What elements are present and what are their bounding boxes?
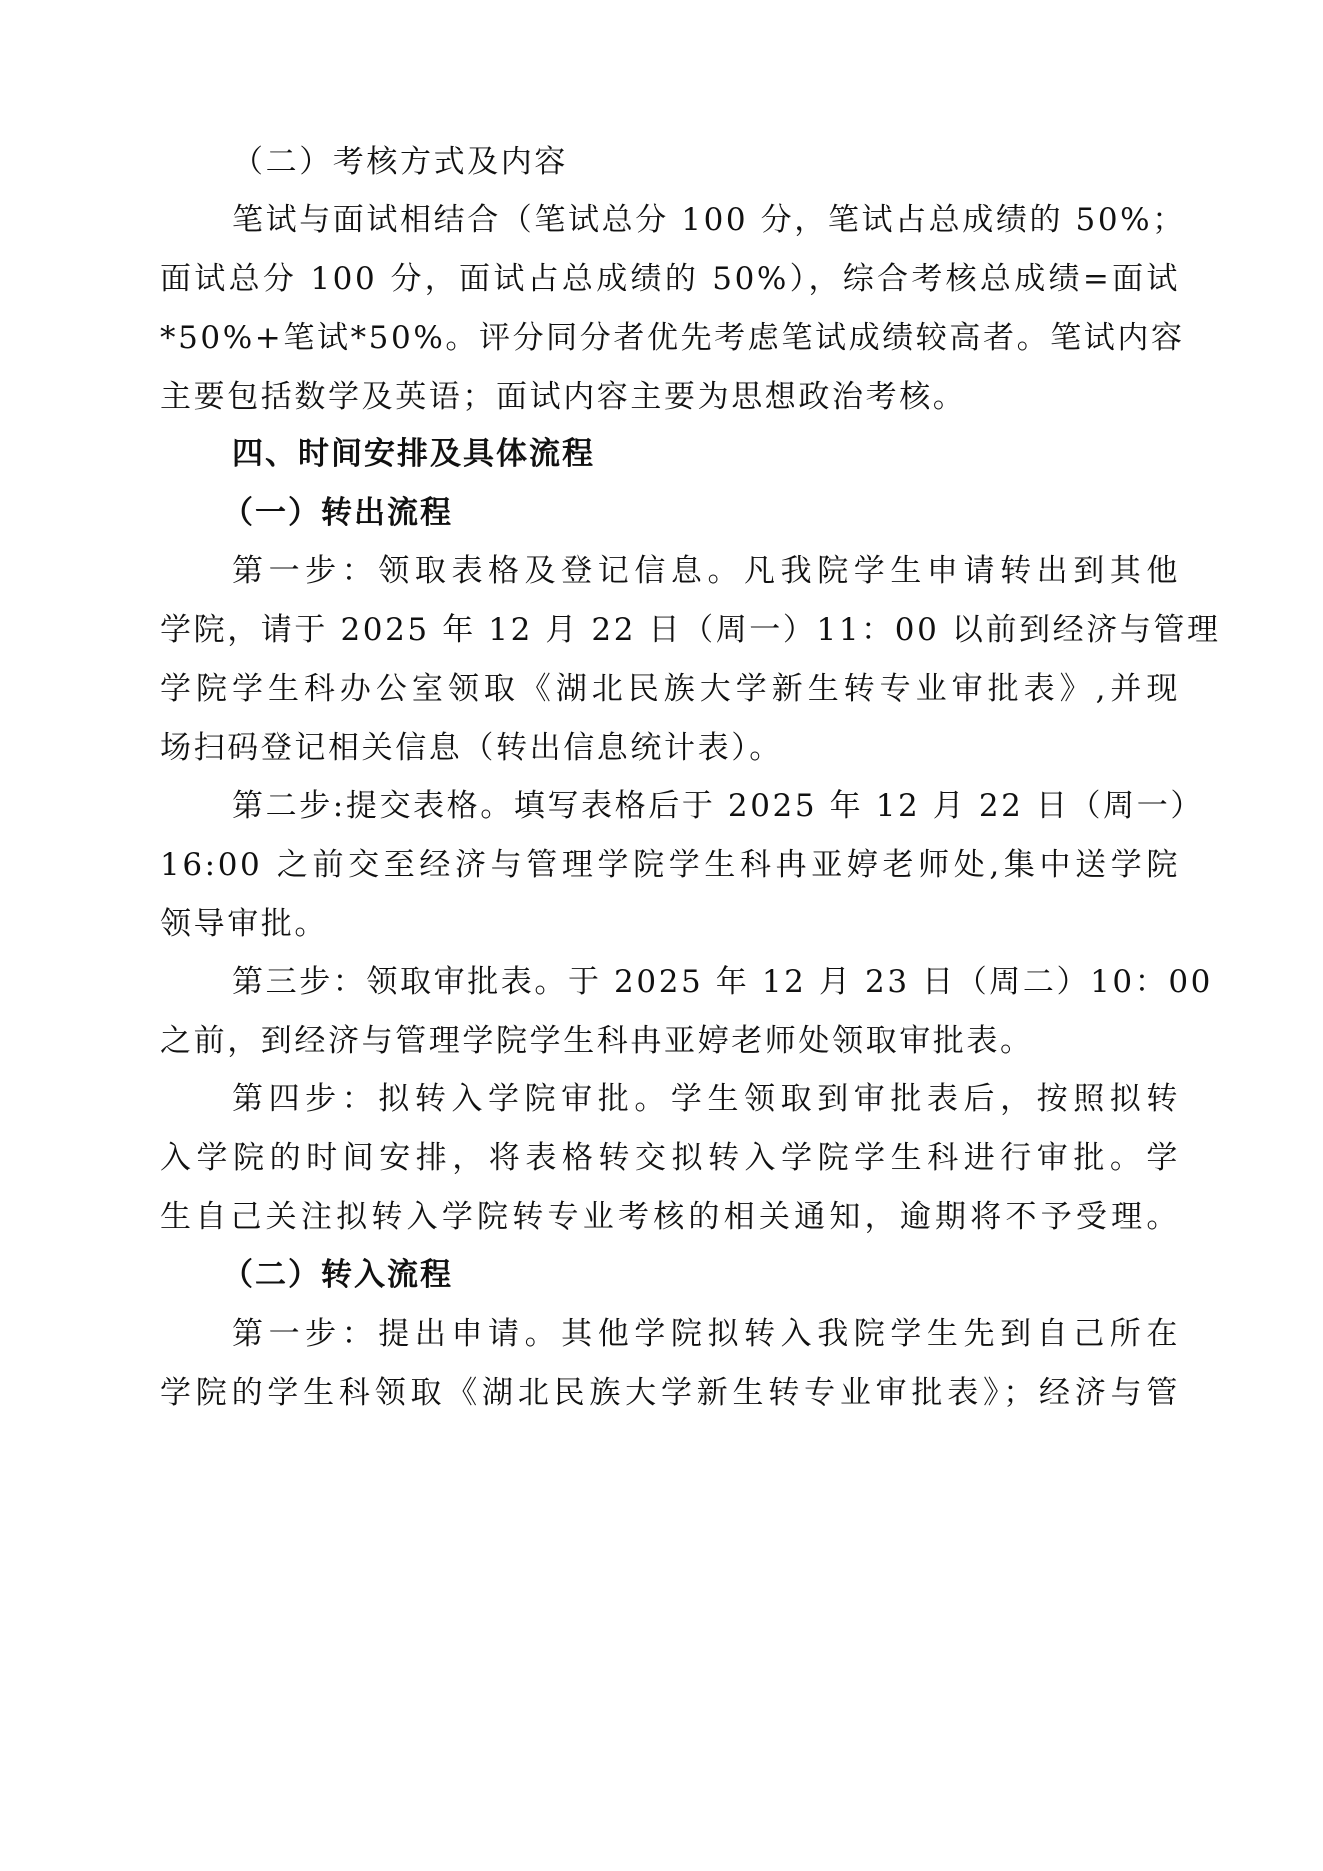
paragraph-line: 主要包括数学及英语；面试内容主要为思想政治考核。 (160, 377, 1180, 417)
step-line: 学院学生科办公室领取《湖北民族大学新生转专业审批表》,并现 (160, 669, 1180, 709)
step-line: 场扫码登记相关信息（转出信息统计表）。 (160, 728, 1180, 768)
step-line: 学院，请于 2025 年 12 月 22 日（周一）11：00 以前到经济与管理 (160, 610, 1180, 650)
step-line: 领导审批。 (160, 904, 1180, 944)
subsection-heading-transfer-in: （二）转入流程 (222, 1255, 1242, 1295)
step-line: 第一步：提出申请。其他学院拟转入我院学生先到自己所在 (232, 1314, 1180, 1354)
step-line: 第四步：拟转入学院审批。学生领取到审批表后，按照拟转 (232, 1079, 1180, 1119)
section-heading-assessment-method: （二）考核方式及内容 (232, 142, 1180, 182)
step-line: 16:00 之前交至经济与管理学院学生科冉亚婷老师处,集中送学院 (160, 845, 1180, 885)
step-line: 之前，到经济与管理学院学生科冉亚婷老师处领取审批表。 (160, 1021, 1180, 1061)
step-line: 学院的学生科领取《湖北民族大学新生转专业审批表》；经济与管 (160, 1373, 1180, 1413)
step-line: 生自己关注拟转入学院转专业考核的相关通知，逾期将不予受理。 (160, 1197, 1180, 1237)
step-line: 第一步：领取表格及登记信息。凡我院学生申请转出到其他 (232, 551, 1180, 591)
step-line: 第三步：领取审批表。于 2025 年 12 月 23 日（周二）10：00 (232, 962, 1180, 1002)
paragraph-line: 笔试与面试相结合（笔试总分 100 分，笔试占总成绩的 50%； (232, 200, 1180, 240)
section-heading-schedule: 四、时间安排及具体流程 (232, 434, 1180, 474)
paragraph-line: *50%+笔试*50%。评分同分者优先考虑笔试成绩较高者。笔试内容 (160, 318, 1180, 358)
paragraph-line: 面试总分 100 分，面试占总成绩的 50%），综合考核总成绩=面试 (160, 259, 1180, 299)
step-line: 入学院的时间安排，将表格转交拟转入学院学生科进行审批。学 (160, 1138, 1180, 1178)
step-line: 第二步:提交表格。填写表格后于 2025 年 12 月 22 日（周一） (232, 786, 1180, 826)
subsection-heading-transfer-out: （一）转出流程 (222, 493, 1242, 533)
document-page: （二）考核方式及内容 笔试与面试相结合（笔试总分 100 分，笔试占总成绩的 5… (0, 0, 1323, 1871)
